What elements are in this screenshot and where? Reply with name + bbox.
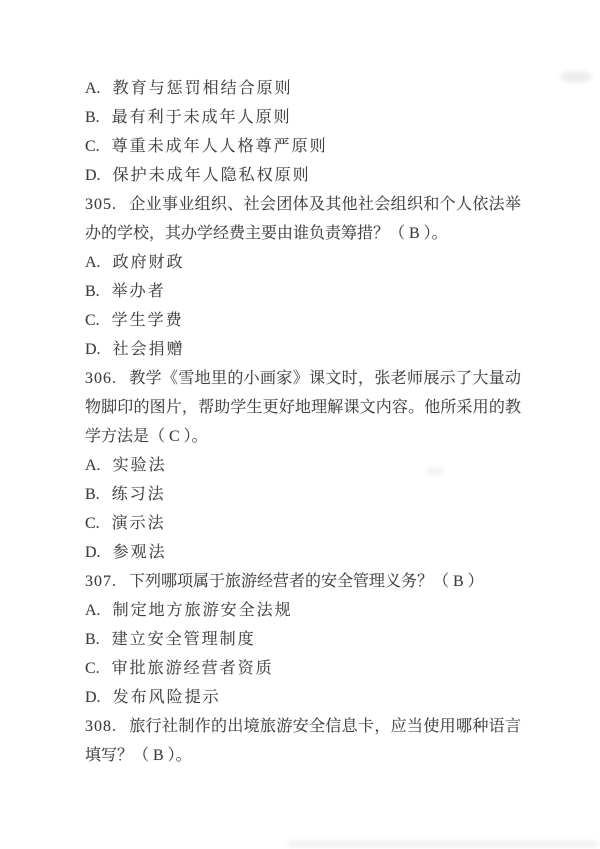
option-text: 尊重未成年人人格尊严原则 bbox=[112, 138, 328, 155]
option-label: A. bbox=[85, 457, 101, 474]
option-line: C.尊重未成年人人格尊严原则 bbox=[85, 132, 521, 161]
option-label: C. bbox=[85, 312, 100, 329]
option-label: C. bbox=[85, 138, 100, 155]
option-label: C. bbox=[85, 660, 100, 677]
option-text: 教育与惩罚相结合原则 bbox=[113, 80, 293, 97]
option-line: D.发布风险提示 bbox=[85, 683, 521, 712]
option-text: 学生学费 bbox=[112, 312, 184, 329]
option-label: D. bbox=[85, 341, 101, 358]
option-line: D.参观法 bbox=[85, 538, 521, 567]
option-line: D.保护未成年人隐私权原则 bbox=[85, 161, 521, 190]
option-text: 社会捐赠 bbox=[113, 341, 185, 358]
option-text: 保护未成年人隐私权原则 bbox=[113, 167, 311, 184]
question-stem-line: 学方法是（ C ）。 bbox=[85, 422, 521, 451]
option-text: 举办者 bbox=[112, 283, 166, 300]
question-stem-line: 物脚印的图片，帮助学生更好地理解课文内容。他所采用的教 bbox=[85, 393, 521, 422]
option-text: 演示法 bbox=[112, 515, 166, 532]
question-number: 308. bbox=[85, 718, 117, 735]
option-text: 制定地方旅游安全法规 bbox=[113, 602, 293, 619]
option-text: 审批旅游经营者资质 bbox=[112, 660, 274, 677]
option-label: B. bbox=[85, 486, 100, 503]
question-number: 305. bbox=[85, 196, 117, 213]
scanned-exam-page: A.教育与惩罚相结合原则 B.最有利于未成年人原则 C.尊重未成年人人格尊严原则… bbox=[0, 0, 600, 849]
option-line: B.建立安全管理制度 bbox=[85, 625, 521, 654]
option-label: A. bbox=[85, 254, 101, 271]
exam-text-block: A.教育与惩罚相结合原则 B.最有利于未成年人原则 C.尊重未成年人人格尊严原则… bbox=[85, 74, 521, 770]
question-stem-text: 教学《雪地里的小画家》课文时，张老师展示了大量动 bbox=[129, 370, 521, 387]
option-line: B.练习法 bbox=[85, 480, 521, 509]
question-stem-line: 填写？（ B ）。 bbox=[85, 741, 521, 770]
scan-artifact bbox=[288, 841, 598, 847]
option-text: 发布风险提示 bbox=[113, 689, 221, 706]
option-text: 实验法 bbox=[113, 457, 167, 474]
option-line: C.审批旅游经营者资质 bbox=[85, 654, 521, 683]
option-line: C.学生学费 bbox=[85, 306, 521, 335]
option-label: D. bbox=[85, 167, 101, 184]
question-stem-text: 学方法是（ C ）。 bbox=[85, 428, 208, 445]
option-label: D. bbox=[85, 544, 101, 561]
option-text: 建立安全管理制度 bbox=[112, 631, 256, 648]
option-line: A.实验法 bbox=[85, 451, 521, 480]
question-stem-line: 305.企业事业组织、社会团体及其他社会组织和个人依法举 bbox=[85, 190, 521, 219]
question-stem-text: 旅行社制作的出境旅游安全信息卡，应当使用哪种语言 bbox=[129, 718, 521, 735]
question-stem-text: 下列哪项属于旅游经营者的安全管理义务？（ B ） bbox=[129, 573, 484, 590]
question-number: 307. bbox=[85, 573, 117, 590]
scan-artifact bbox=[426, 467, 444, 475]
option-line: D.社会捐赠 bbox=[85, 335, 521, 364]
question-stem-text: 办的学校，其办学经费主要由谁负责筹措？（ B ）。 bbox=[85, 225, 448, 242]
question-number: 306. bbox=[85, 370, 117, 387]
option-line: B.最有利于未成年人原则 bbox=[85, 103, 521, 132]
option-label: A. bbox=[85, 602, 101, 619]
option-text: 练习法 bbox=[112, 486, 166, 503]
option-text: 最有利于未成年人原则 bbox=[112, 109, 292, 126]
question-stem-text: 企业事业组织、社会团体及其他社会组织和个人依法举 bbox=[129, 196, 521, 213]
option-text: 政府财政 bbox=[113, 254, 185, 271]
question-stem-line: 308.旅行社制作的出境旅游安全信息卡，应当使用哪种语言 bbox=[85, 712, 521, 741]
question-stem-line: 306.教学《雪地里的小画家》课文时，张老师展示了大量动 bbox=[85, 364, 521, 393]
option-text: 参观法 bbox=[113, 544, 167, 561]
question-stem-line: 307.下列哪项属于旅游经营者的安全管理义务？（ B ） bbox=[85, 567, 521, 596]
option-label: D. bbox=[85, 689, 101, 706]
option-label: A. bbox=[85, 80, 101, 97]
option-line: A.政府财政 bbox=[85, 248, 521, 277]
question-stem-line: 办的学校，其办学经费主要由谁负责筹措？（ B ）。 bbox=[85, 219, 521, 248]
option-label: C. bbox=[85, 515, 100, 532]
option-line: C.演示法 bbox=[85, 509, 521, 538]
option-line: A.制定地方旅游安全法规 bbox=[85, 596, 521, 625]
option-label: B. bbox=[85, 283, 100, 300]
question-stem-text: 物脚印的图片，帮助学生更好地理解课文内容。他所采用的教 bbox=[85, 399, 521, 416]
question-stem-text: 填写？（ B ）。 bbox=[85, 747, 192, 764]
option-label: B. bbox=[85, 109, 100, 126]
scan-artifact bbox=[560, 71, 592, 83]
option-label: B. bbox=[85, 631, 100, 648]
option-line: A.教育与惩罚相结合原则 bbox=[85, 74, 521, 103]
option-line: B.举办者 bbox=[85, 277, 521, 306]
